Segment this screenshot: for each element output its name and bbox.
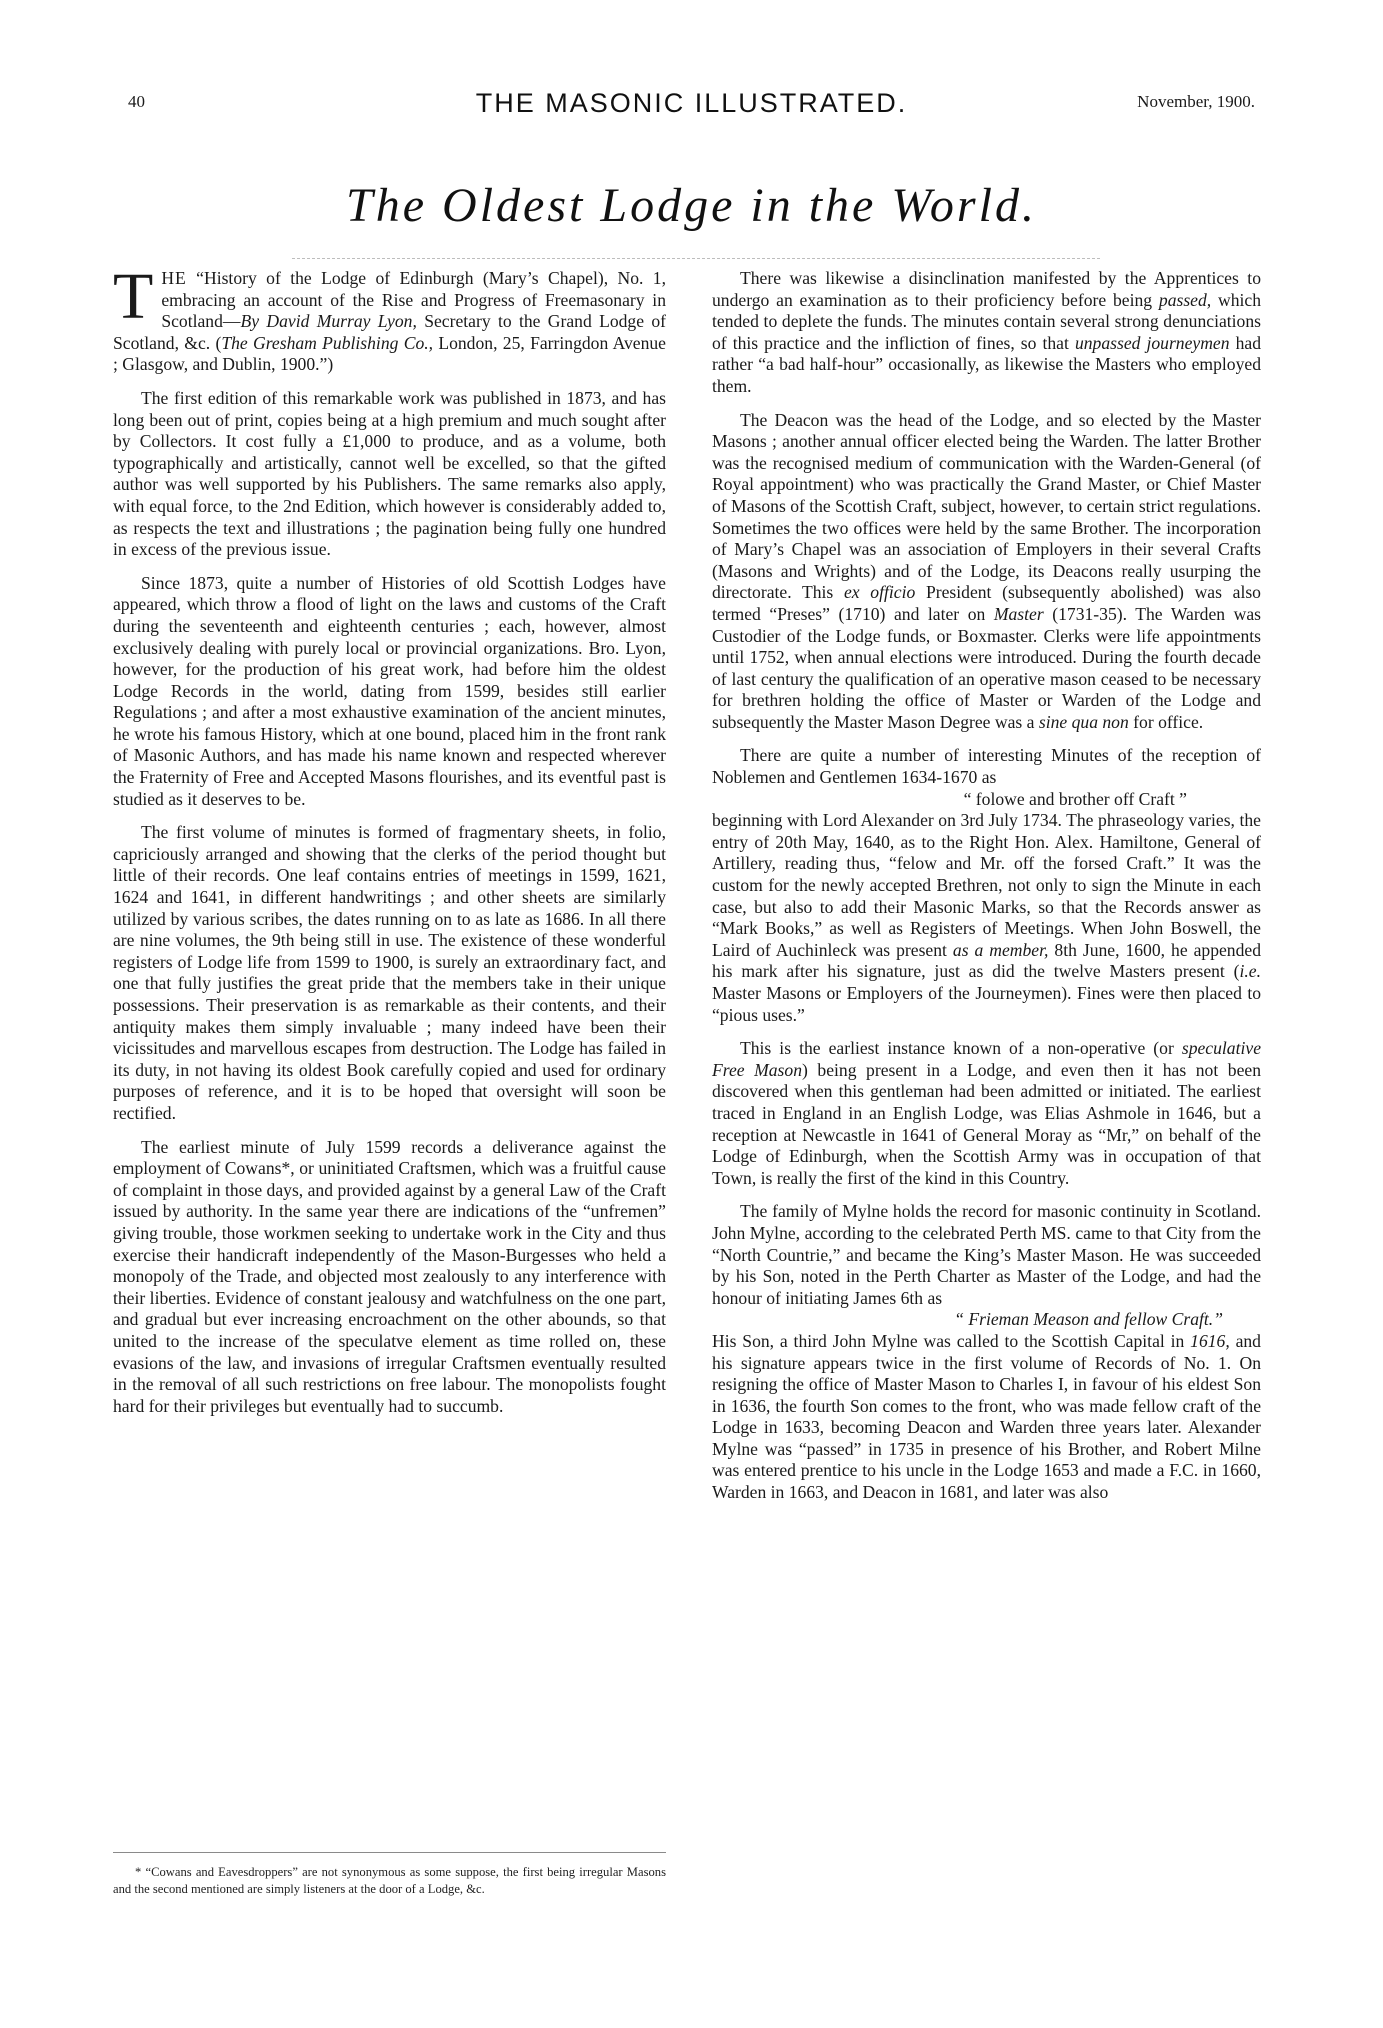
block-quote: “ folowe and brother off Craft ” [712, 789, 1261, 811]
paragraph: The earliest minute of July 1599 records… [113, 1137, 666, 1418]
issue-date: November, 1900. [1137, 92, 1255, 112]
article-title: The Oldest Lodge in the World. [0, 178, 1383, 233]
paragraph: The family of Mylne holds the record for… [712, 1201, 1261, 1503]
running-head: 40 THE MASONIC ILLUSTRATED. November, 19… [0, 88, 1383, 118]
paragraph: Since 1873, quite a number of Histories … [113, 573, 666, 811]
paragraph: The first edition of this remarkable wor… [113, 388, 666, 561]
title-divider [292, 258, 1100, 259]
paragraph: This is the earliest instance known of a… [712, 1038, 1261, 1189]
left-column: THE “History of the Lodge of Edinburgh (… [113, 268, 666, 1429]
paragraph: There are quite a number of interesting … [712, 745, 1261, 1026]
block-quote: “ Frieman Meason and fellow Craft.” [712, 1309, 1261, 1331]
right-column: There was likewise a disinclination mani… [712, 268, 1261, 1516]
paragraph: There was likewise a disinclination mani… [712, 268, 1261, 398]
author-name: By David Murray Lyon, [241, 311, 417, 331]
intro-paragraph: THE “History of the Lodge of Edinburgh (… [113, 268, 666, 376]
footnote-divider [113, 1852, 666, 1853]
footnote-text: * “Cowans and Eavesdroppers” are not syn… [113, 1864, 666, 1898]
footnote: * “Cowans and Eavesdroppers” are not syn… [113, 1864, 666, 1898]
drop-cap: T [113, 270, 153, 324]
paragraph: The first volume of minutes is formed of… [113, 822, 666, 1124]
publisher-name: The Gresham Publishing Co., [221, 333, 433, 353]
paragraph: The Deacon was the head of the Lodge, an… [712, 410, 1261, 734]
